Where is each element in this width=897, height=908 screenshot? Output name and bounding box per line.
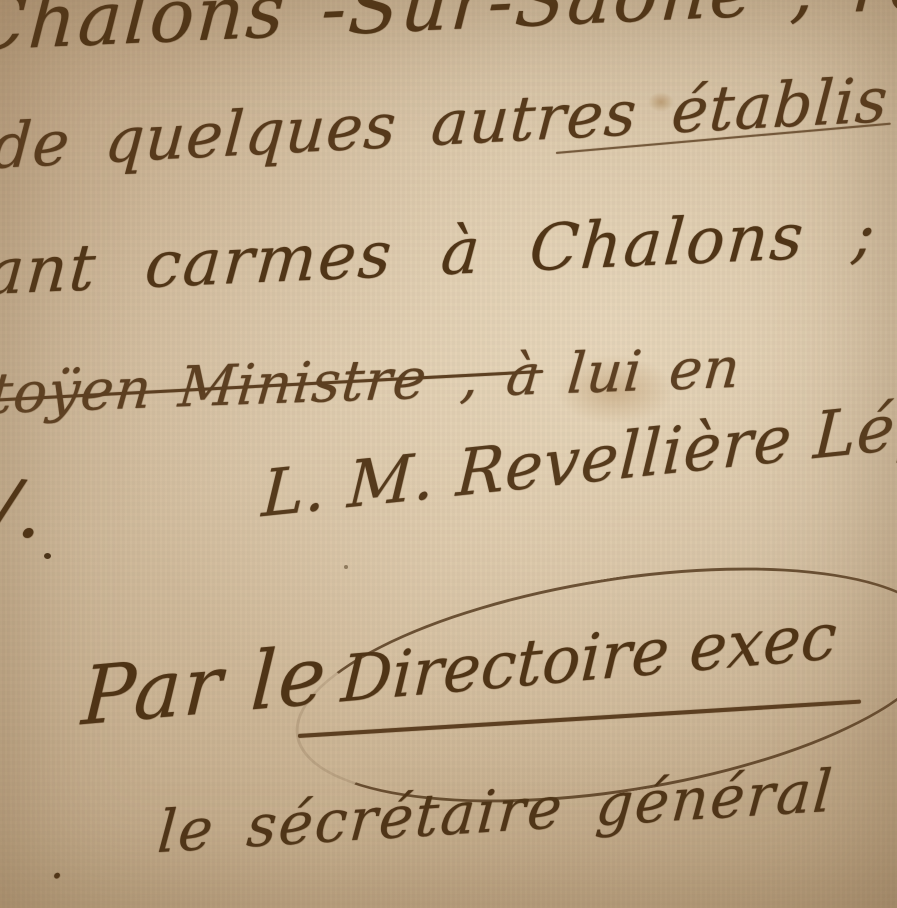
handwritten-line-4: toÿen Ministre, à lui en (0, 336, 743, 427)
margin-dot: . (50, 838, 64, 889)
ink-speck (344, 565, 348, 569)
line-7-struck-text: Directoire exec (339, 600, 838, 718)
handwritten-line-8: le sécrétaire général (155, 756, 836, 866)
line-2-text: de quelques autres établis e (0, 59, 897, 183)
handwritten-line-2: de quelques autres établis e (0, 59, 897, 183)
handwritten-line-1: Chalons -Sur-Saone , rel (0, 0, 897, 68)
handwritten-line-3: ant carmes à Chalons ; — (0, 192, 897, 310)
word-gap (425, 397, 459, 398)
margin-dot-text: . (50, 838, 64, 889)
handwritten-line-7: Par leDirectoire exec (80, 584, 840, 744)
line-7-start-text: Par le (80, 628, 331, 743)
word-gap (326, 702, 340, 703)
margin-mark-text: /. (0, 462, 48, 557)
ink-speck (44, 553, 51, 559)
line-8-text: le sécrétaire général (155, 756, 836, 866)
margin-mark: /. (0, 462, 48, 557)
line-1-text: Chalons -Sur-Saone , rel (0, 0, 897, 68)
line-4-struck-text: toÿen Ministre (0, 347, 430, 427)
line-4-rest-text: , à lui en (458, 336, 743, 411)
manuscript-photo: Chalons -Sur-Saone , rel de quelques aut… (0, 0, 897, 908)
line-3-text: ant carmes à Chalons ; — (0, 192, 897, 310)
